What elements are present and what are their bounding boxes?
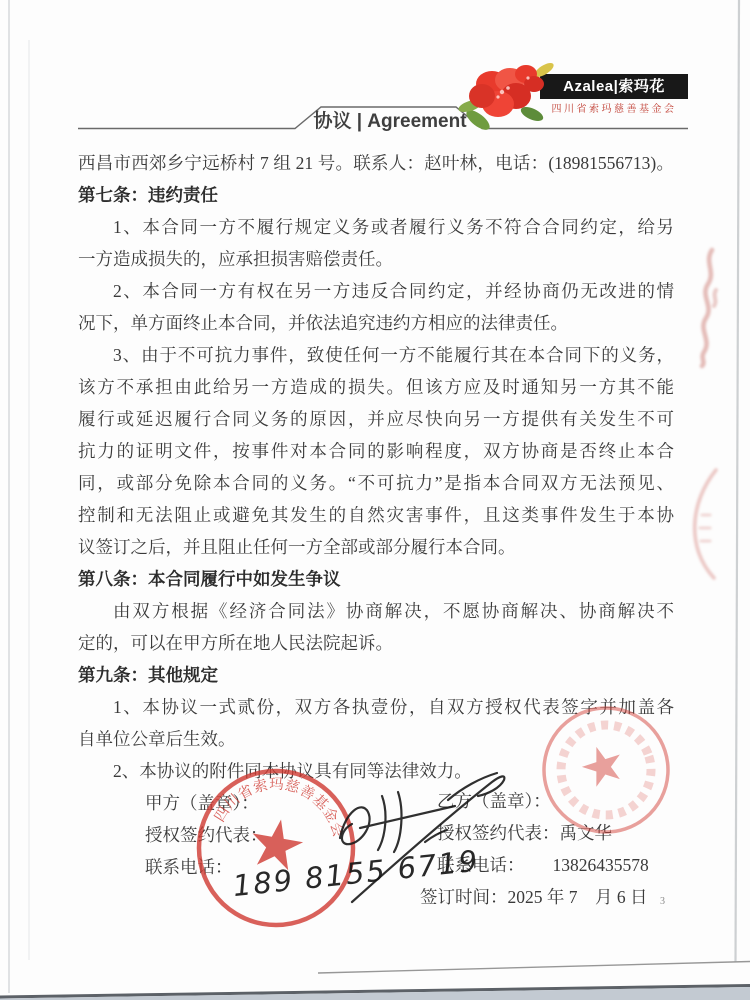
page-bottom-edge — [0, 986, 750, 998]
page-shadow-line — [318, 962, 750, 974]
signing-date-value: 2025 年 7 月 6 日 — [508, 887, 648, 907]
party-b-seal-label: 乙方（盖章）： — [437, 785, 551, 817]
article-heading: 第九条：其他规定 — [78, 659, 674, 691]
party-b-phone-label: 联系电话： — [437, 855, 525, 875]
party-b-phone-number: 13826435578 — [553, 855, 649, 875]
document-line: 抗力的证明文件，按事件对本合同的影响程度，双方协商是否终止本合 — [78, 435, 674, 467]
signing-date-label: 签订时间： — [420, 887, 508, 907]
document-line: 2、本合同一方有权在另一方违反合同约定，并经协商仍无改进的情 — [78, 275, 674, 307]
document-line: 该方不承担由此给另一方造成的损失。但该方应及时通知另一方其不能 — [78, 371, 674, 403]
document-line: 控制和无法阻止或避免其发生的自然灾害事件，且这类事件发生于本协 — [78, 499, 674, 531]
logo-brand-box: Azalea|索玛花 — [540, 74, 688, 99]
document-line: 自单位公章后生效。 — [78, 723, 674, 755]
document-line: 西昌市西郊乡宁远桥村 7 组 21 号。联系人：赵叶林，电话：(18981556… — [78, 147, 674, 179]
party-a-phone-label: 联系电话： — [145, 851, 233, 883]
page-number: 3 — [660, 896, 665, 907]
flower-petals — [469, 65, 544, 117]
document-line: 2、本协议的附件同本协议具有同等法律效力。 — [78, 755, 674, 787]
document-line: 1、本合同一方不履行规定义务或者履行义务不符合合同约定，给另 — [78, 211, 674, 243]
page-right-edge — [736, 0, 740, 962]
flower-stamens — [496, 76, 529, 98]
scanned-agreement-page: 协议 | Agreement Azalea|索玛花 四川省索玛慈善基金会 西昌市… — [0, 0, 750, 1000]
band-title: 协议 | Agreement — [308, 108, 472, 136]
party-a-seal-label: 甲方（盖章）： — [145, 787, 259, 819]
document-body: 西昌市西郊乡宁远桥村 7 组 21 号。联系人：赵叶林，电话：(18981556… — [78, 147, 674, 787]
party-a-rep-label: 授权签约代表： — [145, 819, 268, 851]
scanner-background — [0, 987, 750, 1000]
ink-bleedthrough-marks — [695, 250, 716, 578]
article-heading: 第八条：本合同履行中如发生争议 — [78, 563, 674, 595]
document-line: 由双方根据《经济合同法》协商解决，不愿协商解决、协商解决不 — [78, 595, 674, 627]
document-line: 同，或部分免除本合同的义务。“不可抗力”是指本合同双方无法预见、 — [78, 467, 674, 499]
document-line: 定的，可以在甲方所在地人民法院起诉。 — [78, 627, 674, 659]
document-line: 履行或延迟履行合同义务的原因，并应尽快向另一方提供有关发生不可 — [78, 403, 674, 435]
document-line: 一方造成损失的，应承担损害赔偿责任。 — [78, 243, 674, 275]
party-b-rep-label: 授权签约代表： — [437, 823, 560, 843]
document-line: 3、由于不可抗力事件，致使任何一方不能履行其在本合同下的义务， — [78, 339, 674, 371]
document-line: 况下，单方面终止本合同，并依法追究违约方相应的法律责任。 — [78, 307, 674, 339]
article-heading: 第七条：违约责任 — [78, 179, 674, 211]
signing-date-row: 签订时间：2025 年 7 月 6 日 — [420, 881, 648, 913]
party-b-phone-row: 联系电话：13826435578 — [437, 849, 649, 881]
document-line: 1、本协议一式贰份，双方各执壹份，自双方授权代表签字并加盖各 — [78, 691, 674, 723]
party-b-rep-row: 授权签约代表：禹文华 — [437, 817, 612, 849]
logo-org-name: 四川省索玛慈善基金会 — [538, 100, 690, 115]
document-line: 议签订之后，并且阻止任何一方全部或部分履行本合同。 — [78, 531, 674, 563]
party-b-rep-name: 禹文华 — [560, 823, 613, 843]
